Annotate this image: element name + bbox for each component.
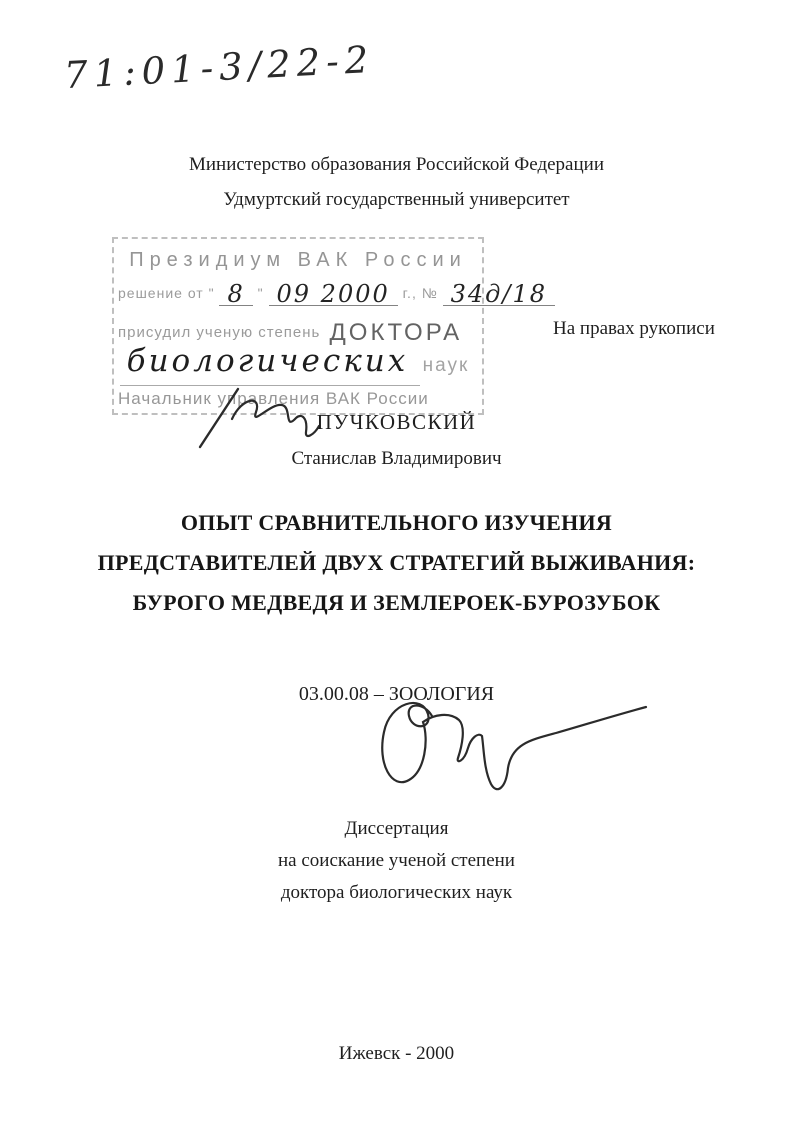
vak-approval-stamp: Президиум ВАК России решение от " 8 " 09… [112,237,484,415]
dissertation-label: Диссертация [0,818,793,840]
degree-seeking-line: на соискание ученой степени [0,850,793,872]
inventory-number-handwritten: 71:01-3/22-2 [63,38,375,97]
stamp-decision-prefix: решение от " [118,285,215,301]
stamp-degree-prefix: присудил ученую степень [118,324,320,341]
dissertation-title-line-2: ПРЕДСТАВИТЕЛЕЙ ДВУХ СТРАТЕГИЙ ВЫЖИВАНИЯ: [0,550,793,576]
author-surname: ПУЧКОВСКИЙ [0,410,793,435]
city-year: Ижевск - 2000 [0,1043,793,1065]
author-signature-icon [362,700,652,798]
stamp-field-handwritten: биологических [127,343,409,379]
dissertation-title-line-1: ОПЫТ СРАВНИТЕЛЬНОГО ИЗУЧЕНИЯ [0,510,793,536]
stamp-decision-number-label: г., № [403,285,438,301]
dissertation-title-page: 71:01-3/22-2 Министерство образования Ро… [0,0,793,1122]
stamp-decision-number-handwritten: 34д/18 [443,283,555,306]
ministry-line: Министерство образования Российской Феде… [0,154,793,176]
degree-field-line: доктора биологических наук [0,882,793,904]
stamp-decision-line: решение от " 8 " 09 2000 г., № 34д/18 [118,283,486,306]
stamp-decision-monthyear-handwritten: 09 2000 [269,283,398,306]
stamp-decision-day-handwritten: 8 [219,283,252,306]
stamp-field-suffix: наук [423,355,470,376]
manuscript-rights-note: На правах рукописи [553,318,715,340]
dissertation-title-line-3: БУРОГО МЕДВЕДЯ И ЗЕМЛЕРОЕК-БУРОЗУБОК [0,590,793,616]
stamp-decision-close-quote: " [258,285,264,301]
stamp-header: Президиум ВАК России [114,249,482,272]
stamp-field-line: биологических наук [114,343,482,379]
stamp-degree-word: ДОКТОРА [330,319,463,346]
author-given-names: Станислав Владимирович [0,448,793,470]
university-line: Удмуртский государственный университет [0,189,793,211]
